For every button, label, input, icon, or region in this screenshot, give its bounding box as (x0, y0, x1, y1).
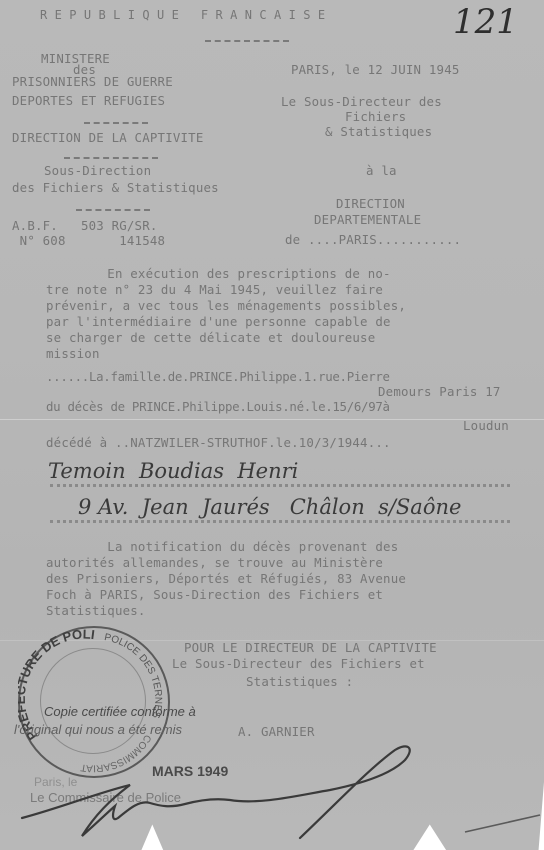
document-page: REPUBLIQUE FRANCAISE 121 MINISTERE des P… (0, 0, 544, 850)
handwritten-signature (0, 0, 544, 850)
